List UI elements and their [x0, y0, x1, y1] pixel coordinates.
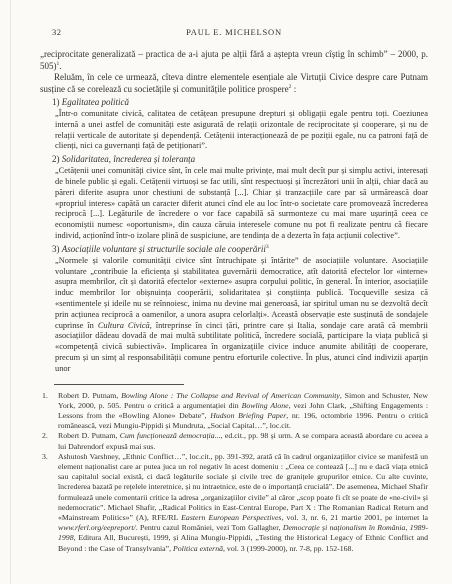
list-item-3-title: Asociațiile voluntare și structurile soc…: [62, 244, 269, 254]
page-header: 32 PAUL E. MICHELSON: [40, 27, 428, 39]
footnote-2-text: Robert D. Putnam, Cum funcționează democ…: [58, 431, 428, 450]
list-item-2-marker: 2): [52, 154, 60, 164]
list-item-1-heading: 1) Egalitatea politică: [52, 97, 428, 108]
list-item-3-quote: „Normele și valorile comunității civice …: [55, 256, 428, 375]
footnote-1: 1. Robert D. Putnam, Bowling Alone : The…: [40, 391, 428, 432]
footnote-1-text: Robert D. Putnam, Bowling Alone : The Co…: [58, 391, 428, 431]
list-item-1-marker: 1): [52, 97, 60, 107]
paragraph-continuation: „reciprocitate generalizată – practica d…: [40, 49, 428, 72]
footnote-3-marker: 3.: [42, 452, 48, 462]
list-item-2-quote: „Cetățenii unei comunități civice sînt, …: [55, 166, 428, 242]
list-item-1-quote: „Într-o comunitate civică, calitatea de …: [55, 109, 428, 152]
footnote-2: 2. Robert D. Putnam, Cum funcționează de…: [40, 431, 428, 451]
paragraph-intro: Reluăm, în cele ce urmează, cîteva dintr…: [40, 72, 428, 95]
list-item-1-title: Egalitatea politică: [62, 97, 129, 107]
footnote-3: 3. Ashutosh Varshney, „Ethnic Conflict…”…: [40, 452, 428, 554]
main-text: „reciprocitate generalizată – practica d…: [40, 49, 428, 375]
footnote-separator: [54, 384, 184, 385]
footnote-3-text: Ashutosh Varshney, „Ethnic Conflict…”, l…: [58, 452, 428, 553]
footnotes-section: 1. Robert D. Putnam, Bowling Alone : The…: [40, 384, 428, 554]
list-item-2-title: Solidaritatea, încrederea și toleranța: [62, 154, 195, 164]
footnote-1-marker: 1.: [42, 391, 48, 401]
book-page: 32 PAUL E. MICHELSON „reciprocitate gene…: [0, 0, 452, 584]
running-title: PAUL E. MICHELSON: [40, 27, 428, 37]
list-item-3-marker: 3): [52, 244, 60, 254]
list-item-2-heading: 2) Solidaritatea, încrederea și toleranț…: [52, 154, 428, 165]
footnote-2-marker: 2.: [42, 431, 48, 441]
list-item-3-heading: 3) Asociațiile voluntare și structurile …: [52, 244, 428, 255]
page-number: 32: [52, 27, 62, 37]
